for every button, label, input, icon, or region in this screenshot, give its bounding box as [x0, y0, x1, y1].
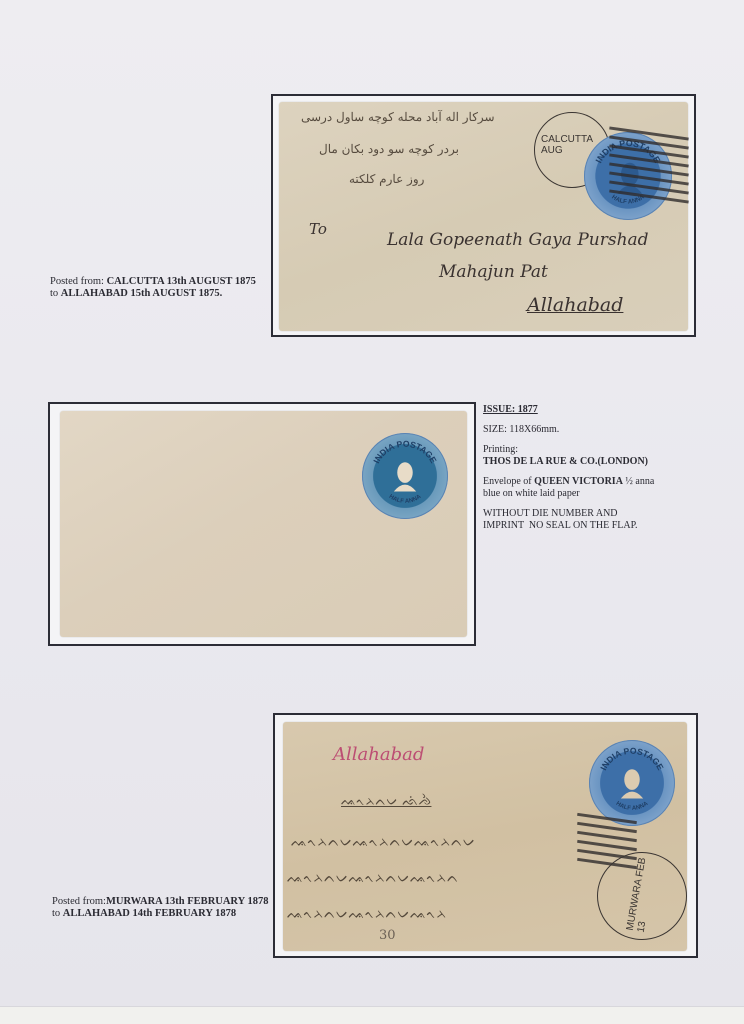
svg-text:HALF ANNA: HALF ANNA	[615, 801, 650, 812]
issue-info-block: ISSUE: 1877 SIZE: 118X66mm. Printing: TH…	[483, 404, 703, 540]
cancellation-bars	[609, 132, 689, 204]
note-line: IMPRINT NO SEAL ON THE FLAP.	[483, 520, 638, 531]
page-bottom-edge	[0, 1006, 744, 1024]
album-page: ﺳﺮﮐﺎﺭ ﺍﻟﻪ ﺁﺑﺎﺩ ﻣﺤﻠﻪ ﮐﻮﭼﻪ ﺳﺎﻭﻝ ﺩﺭﺳﯽ ﺑﺮﺩﺭ …	[0, 0, 744, 1006]
pencil-number: 30	[379, 928, 396, 943]
printer-name: THOS DE LA RUE & CO.(LONDON)	[483, 456, 648, 467]
envelope-frame-1: ﺳﺮﮐﺎﺭ ﺍﻟﻪ ﺁﺑﺎﺩ ﻣﺤﻠﻪ ﮐﻮﭼﻪ ﺳﺎﻭﻝ ﺩﺭﺳﯽ ﺑﺮﺩﺭ …	[271, 94, 696, 337]
caption-destination: ALLAHABAD 14th FEBRUARY 1878	[63, 908, 236, 919]
caption-part: to	[52, 908, 63, 919]
script-line: ᨕᨚᨂᨈᨆᨕᨚᨂᨈᨆᨕᨚᨂ	[287, 906, 447, 922]
envelope-frame-3: Allahabad ᨕᨚᨂᨈᨆ ᨒᨗᨌᨛ ᨕᨚᨂᨈᨆᨕᨚᨂᨈᨆᨕᨚᨂᨈᨆ ᨕᨚᨂ…	[273, 713, 698, 958]
caption-origin: MURWARA 13th FEBRUARY 1878	[106, 896, 269, 907]
caption-origin: CALCUTTA 13th AUGUST 1875	[107, 276, 256, 287]
svg-text:INDIA POSTAGE: INDIA POSTAGE	[371, 439, 439, 465]
urdu-script-line: ﺭﻭﺯ ﻋﺎﺭﻡ ﮐﻠﮑﺘﻪ	[349, 172, 424, 186]
queen-victoria-stamp: INDIA POSTAGE HALF ANNA	[362, 433, 448, 519]
envelope-frame-2: INDIA POSTAGE HALF ANNA	[48, 402, 476, 646]
script-line: ᨕᨚᨂᨈᨆᨕᨚᨂᨈᨆᨕᨚᨂᨈ	[287, 870, 459, 886]
svg-text:HALF ANNA: HALF ANNA	[388, 494, 423, 505]
description-block: Envelope of QUEEN VICTORIA ½ anna blue o…	[483, 476, 703, 500]
envelope-murwara: Allahabad ᨕᨚᨂᨈᨆ ᨒᨗᨌᨛ ᨕᨚᨂᨈᨆᨕᨚᨂᨈᨆᨕᨚᨂᨈᨆ ᨕᨚᨂ…	[283, 722, 687, 951]
printing-label: Printing:	[483, 444, 518, 455]
caption-destination: ALLAHABAD 15th AUGUST 1875.	[61, 288, 222, 299]
description-subject: QUEEN VICTORIA	[534, 476, 623, 487]
address-line-locality: Mahajun Pat	[439, 262, 548, 282]
script-line: ᨕᨚᨂᨈᨆᨕᨚᨂᨈᨆᨕᨚᨂᨈᨆ	[291, 834, 476, 850]
script-line: ᨕᨚᨂᨈᨆ ᨒᨗᨌᨛ	[341, 794, 431, 809]
caption-exhibit-3: Posted from:MURWARA 13th FEBRUARY 1878 t…	[52, 896, 277, 920]
description-prefix: Envelope of	[483, 476, 534, 487]
caption-part: to	[50, 288, 61, 299]
queen-victoria-stamp: INDIA POSTAGE HALF ANNA	[589, 740, 675, 826]
caption-part: Posted from:	[52, 896, 106, 907]
svg-text:INDIA POSTAGE: INDIA POSTAGE	[598, 746, 666, 772]
note-line: WITHOUT DIE NUMBER AND	[483, 508, 618, 519]
envelope-calcutta: ﺳﺮﮐﺎﺭ ﺍﻟﻪ ﺁﺑﺎﺩ ﻣﺤﻠﻪ ﮐﻮﭼﻪ ﺳﺎﻭﻝ ﺩﺭﺳﯽ ﺑﺮﺩﺭ …	[279, 102, 688, 331]
issue-year: ISSUE: 1877	[483, 404, 703, 416]
caption-exhibit-1: Posted from: CALCUTTA 13th AUGUST 1875 t…	[50, 276, 275, 300]
caption-part: Posted from:	[50, 276, 107, 287]
address-to: To	[309, 220, 327, 238]
envelope-unused: INDIA POSTAGE HALF ANNA	[60, 411, 467, 637]
envelope-size: SIZE: 118X66mm.	[483, 424, 703, 436]
red-ink-annotation: Allahabad	[333, 744, 424, 765]
urdu-script-line: ﺑﺮﺩﺭ ﮐﻮﭼﻪ ﺳﻮ ﺩﻭﺩ ﺑﮑﺎﻥ ﻣﺎﻝ	[319, 142, 459, 156]
urdu-script-line: ﺳﺮﮐﺎﺭ ﺍﻟﻪ ﺁﺑﺎﺩ ﻣﺤﻠﻪ ﮐﻮﭼﻪ ﺳﺎﻭﻝ ﺩﺭﺳﯽ	[301, 110, 495, 124]
note-block: WITHOUT DIE NUMBER AND IMPRINT NO SEAL O…	[483, 508, 703, 532]
address-line-city: Allahabad	[527, 294, 623, 316]
description-suffix: ½ anna	[623, 476, 654, 487]
description-paper: blue on white laid paper	[483, 488, 580, 499]
printing-block: Printing: THOS DE LA RUE & CO.(LONDON)	[483, 444, 703, 468]
address-line-name: Lala Gopeenath Gaya Purshad	[387, 230, 649, 250]
